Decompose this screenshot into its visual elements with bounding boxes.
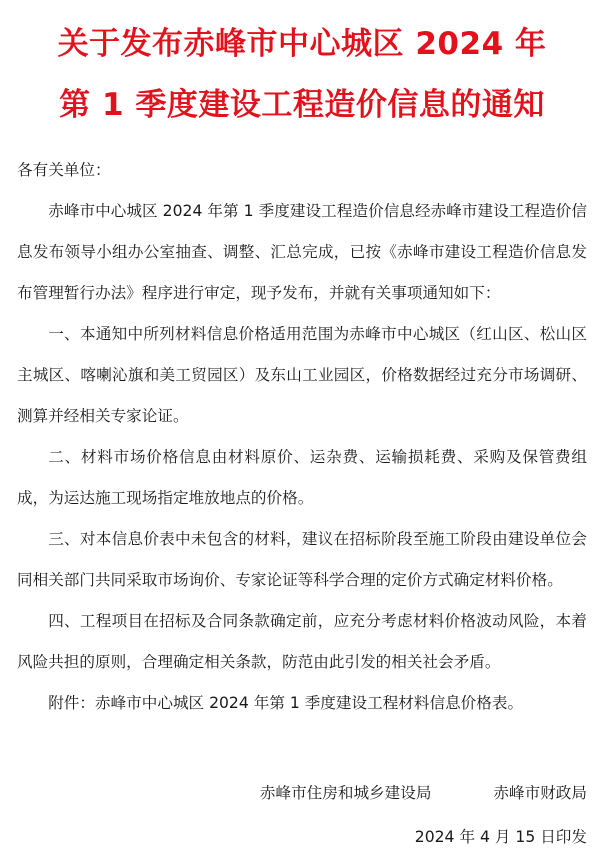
paragraph-intro: 赤峰市中心城区 2024 年第 1 季度建设工程造价信息经赤峰市建设工程造价信息… xyxy=(17,191,587,314)
paragraph-item-1: 一、本通知中所列材料信息价格适用范围为赤峰市中心城区（红山区、松山区主城区、喀喇… xyxy=(17,314,587,437)
salutation: 各有关单位： xyxy=(17,150,587,191)
paragraph-attachment: 附件：赤峰市中心城区 2024 年第 1 季度建设工程材料信息价格表。 xyxy=(17,683,587,724)
signatories: 赤峰市住房和城乡建设局赤峰市财政局 xyxy=(260,781,587,803)
document-title-line-1: 关于发布赤峰市中心城区 2024 年 xyxy=(0,24,604,64)
paragraph-item-4: 四、工程项目在招标及合同条款确定前，应充分考虑材料价格波动风险，本着风险共担的原… xyxy=(17,601,587,683)
paragraph-item-2: 二、材料市场价格信息由材料原价、运杂费、运输损耗费、采购及保管费组成，为运达施工… xyxy=(17,437,587,519)
signatory-finance-bureau: 赤峰市财政局 xyxy=(493,784,587,802)
paragraph-item-3: 三、对本信息价表中未包含的材料，建议在招标阶段至施工阶段由建设单位会同相关部门共… xyxy=(17,519,587,601)
document-body: 各有关单位： 赤峰市中心城区 2024 年第 1 季度建设工程造价信息经赤峰市建… xyxy=(17,150,587,724)
document-title-line-2: 第 1 季度建设工程造价信息的通知 xyxy=(0,85,604,125)
issue-date: 2024 年 4 月 15 日印发 xyxy=(415,825,587,847)
signatory-housing-bureau: 赤峰市住房和城乡建设局 xyxy=(260,784,432,802)
